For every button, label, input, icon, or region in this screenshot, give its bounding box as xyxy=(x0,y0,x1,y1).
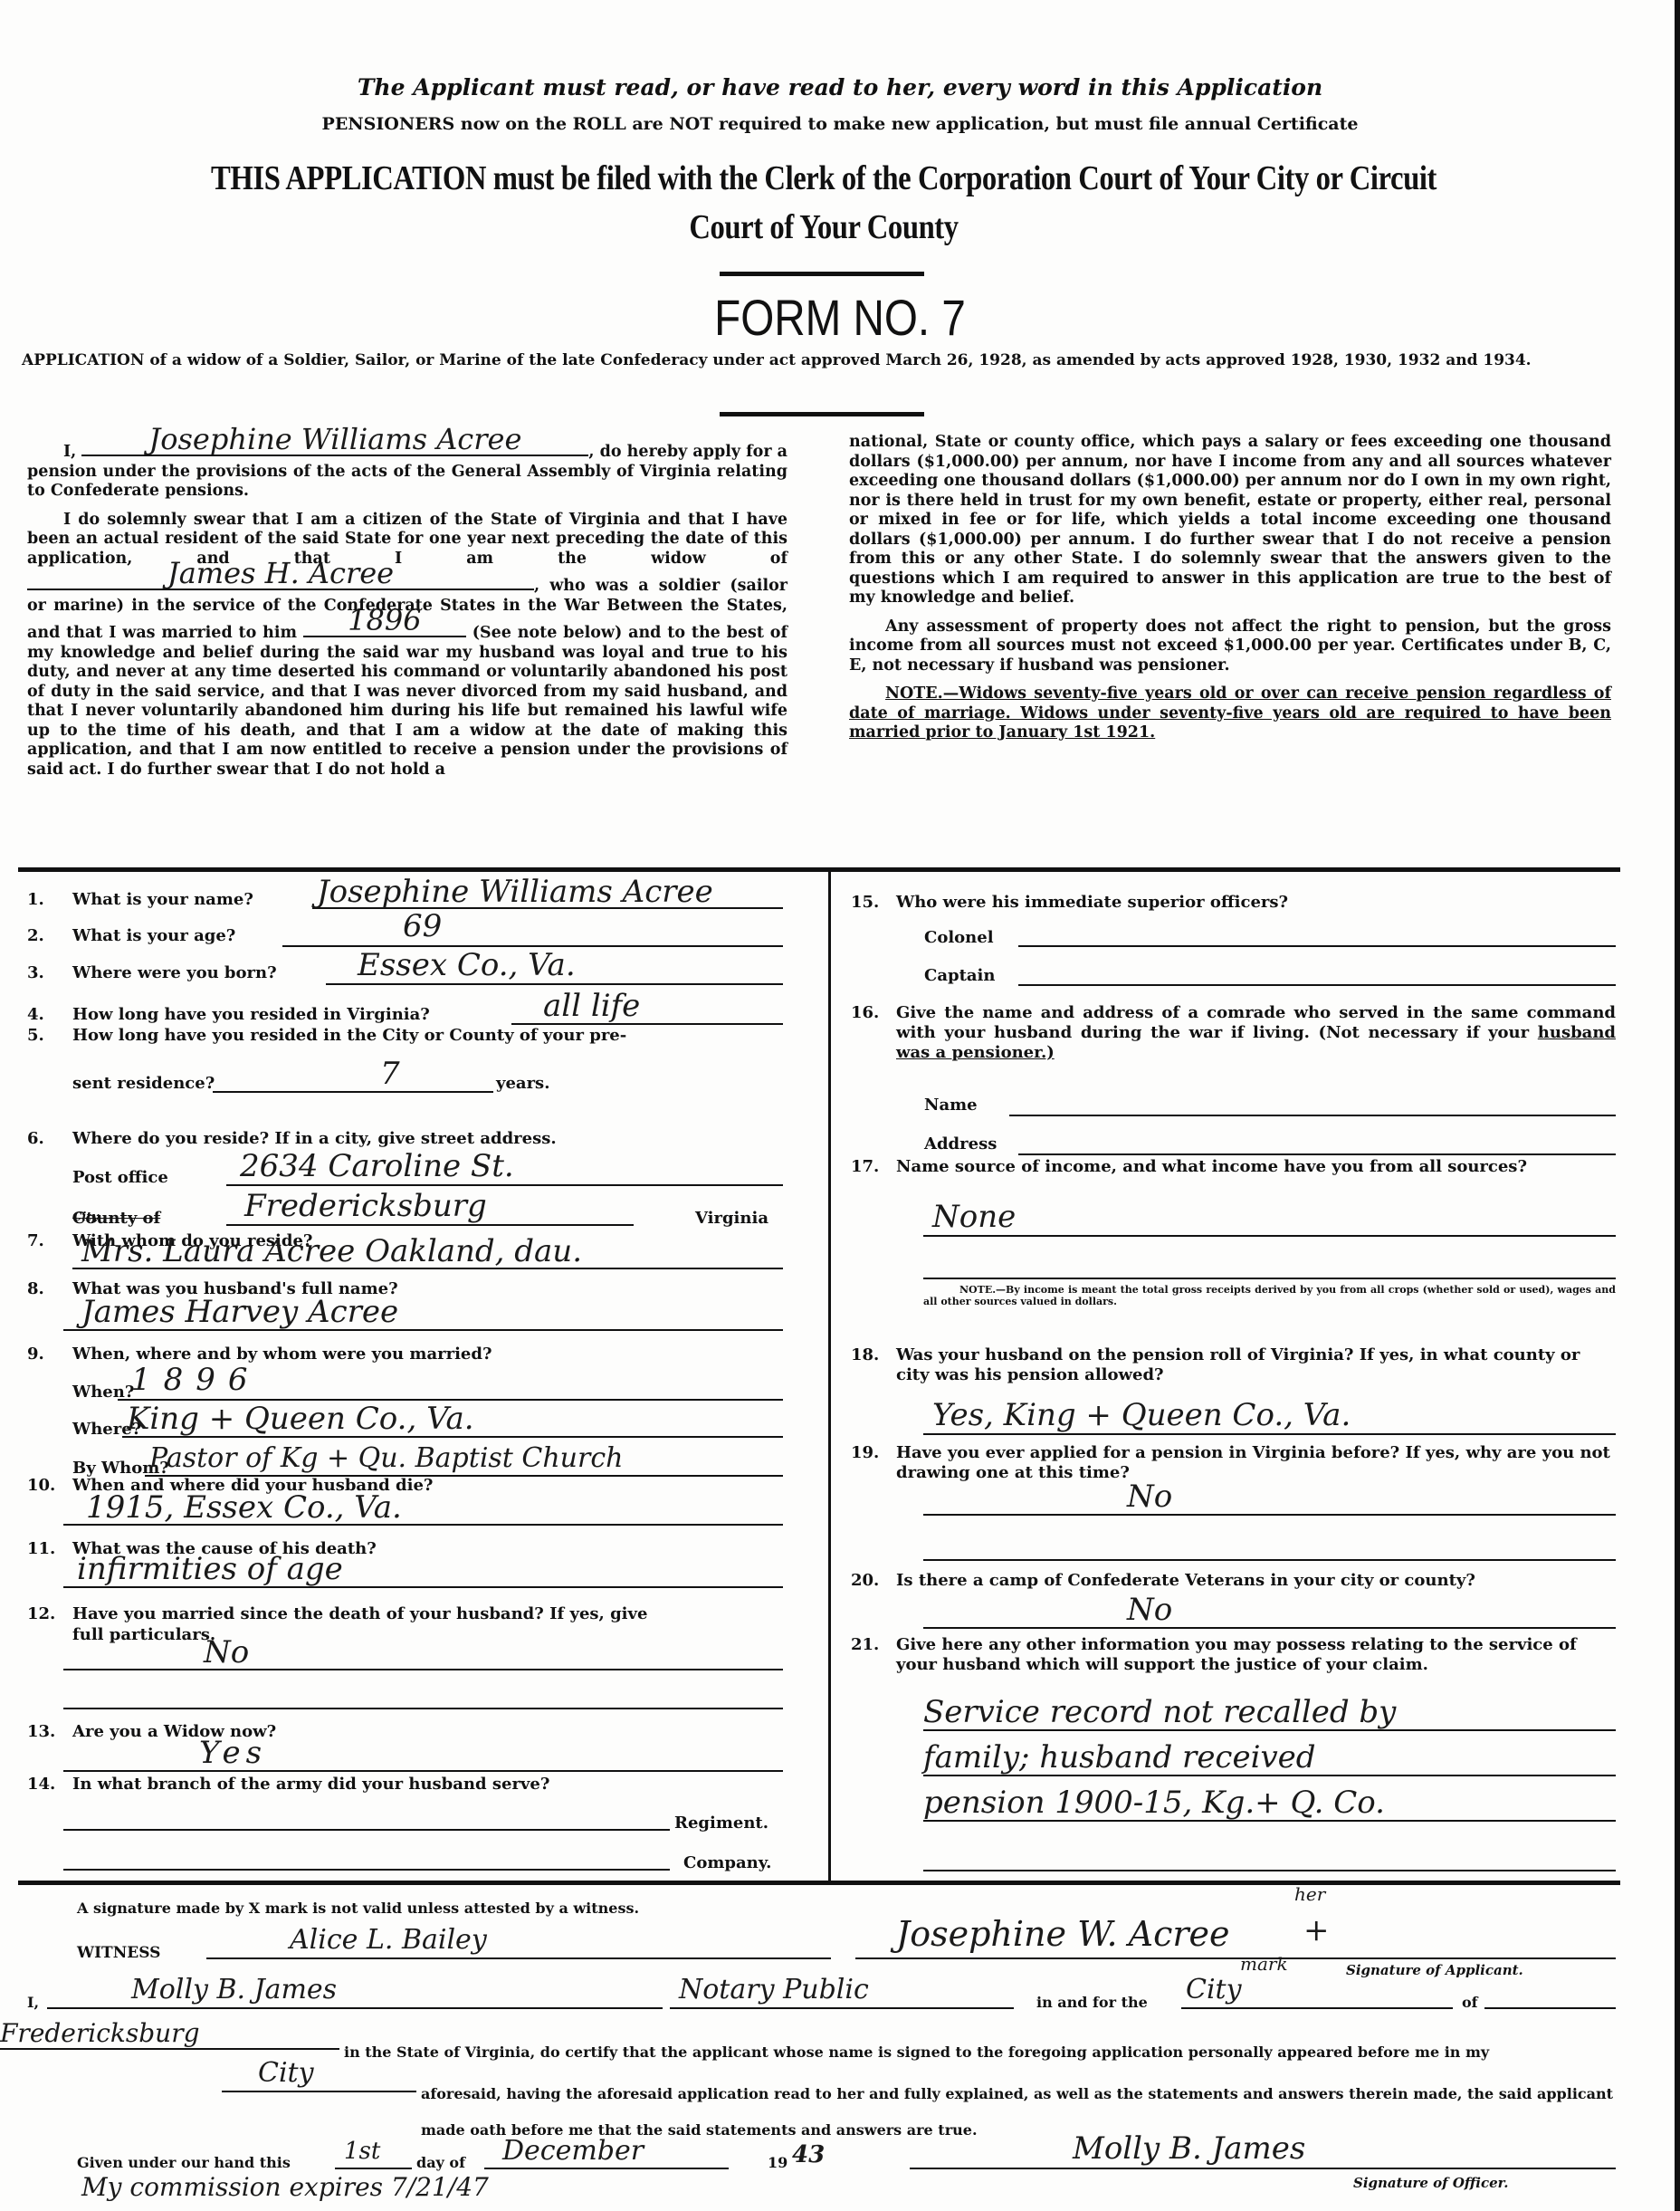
witness-field[interactable] xyxy=(206,1957,831,1959)
scan-edge xyxy=(1675,0,1680,2211)
regiment-field[interactable] xyxy=(63,1829,670,1831)
jurisdiction-type-field[interactable] xyxy=(1181,2007,1453,2009)
county-field[interactable] xyxy=(226,1224,634,1226)
applicant-signature: Josephine W. Acree xyxy=(896,1918,1230,1950)
income-field-2[interactable] xyxy=(923,1278,1616,1279)
x-mark-note: A signature made by X mark is not valid … xyxy=(77,1899,639,1919)
applicant-signature-field[interactable] xyxy=(855,1957,1616,1959)
q12-answer-field[interactable] xyxy=(63,1669,783,1670)
instruction-heading: The Applicant must read, or have read to… xyxy=(0,74,1680,100)
officer-title-field[interactable] xyxy=(670,2007,1014,2009)
oath-right-column: national, State or county office, which … xyxy=(849,433,1611,752)
header-rule xyxy=(720,272,924,276)
application-title: APPLICATION of a widow of a Soldier, Sai… xyxy=(22,351,1624,369)
day-field[interactable] xyxy=(335,2168,412,2169)
officer-signature: Molly B. James xyxy=(1073,2132,1305,2165)
q5-answer-field[interactable] xyxy=(213,1091,493,1093)
marriage-note: NOTE.—Widows seventy-five years old or o… xyxy=(849,684,1611,743)
q3-answer-field[interactable] xyxy=(326,983,783,985)
income-note: NOTE.—By income is meant the total gross… xyxy=(923,1284,1616,1307)
q13-answer-field[interactable] xyxy=(63,1770,783,1772)
applicant-name-field[interactable]: Josephine Williams Acree xyxy=(81,433,588,456)
q20-answer-field[interactable] xyxy=(923,1627,1616,1629)
q21-answer-line-4[interactable] xyxy=(923,1870,1616,1871)
post-office-field[interactable] xyxy=(226,1184,783,1186)
column-divider xyxy=(828,869,831,1883)
q18-answer-field[interactable] xyxy=(923,1433,1616,1435)
jurisdiction-field[interactable] xyxy=(1484,2007,1616,2009)
colonel-field[interactable] xyxy=(1018,945,1616,947)
oath-left-column: I, Josephine Williams Acree, do hereby a… xyxy=(27,433,787,789)
form-number: FORM NO. 7 xyxy=(126,288,1554,347)
married-year-field[interactable]: 1896 xyxy=(303,616,466,637)
income-field[interactable] xyxy=(923,1235,1616,1237)
q19-answer-field[interactable] xyxy=(923,1514,1616,1516)
pensioners-note: PENSIONERS now on the ROLL are NOT requi… xyxy=(0,114,1680,134)
company-field[interactable] xyxy=(63,1869,670,1871)
month-field[interactable] xyxy=(484,2168,729,2169)
pension-application-page: The Applicant must read, or have read to… xyxy=(0,0,1680,2211)
filing-instructions: THIS APPLICATION must be filed with the … xyxy=(162,154,1485,252)
officer-signature-field[interactable] xyxy=(910,2168,1616,2169)
questions-top-rule xyxy=(18,867,1620,872)
captain-field[interactable] xyxy=(1018,984,1616,986)
signature-section-rule xyxy=(18,1881,1620,1885)
husband-name-field[interactable]: James H. Acree xyxy=(27,569,534,590)
commission-expiry: My commission expires 7/21/47 xyxy=(81,2171,489,2204)
q12-answer-field-2[interactable] xyxy=(63,1708,783,1709)
comrade-address-field[interactable] xyxy=(1018,1153,1616,1155)
officer-name-field[interactable] xyxy=(47,2007,663,2009)
jurisdiction-type-2-field[interactable] xyxy=(222,2091,416,2092)
section-rule xyxy=(720,412,924,416)
certification-text: in the State of Virginia, do certify tha… xyxy=(344,2034,1620,2072)
comrade-name-field[interactable] xyxy=(1009,1115,1616,1116)
q19-answer-field-2[interactable] xyxy=(923,1559,1616,1561)
